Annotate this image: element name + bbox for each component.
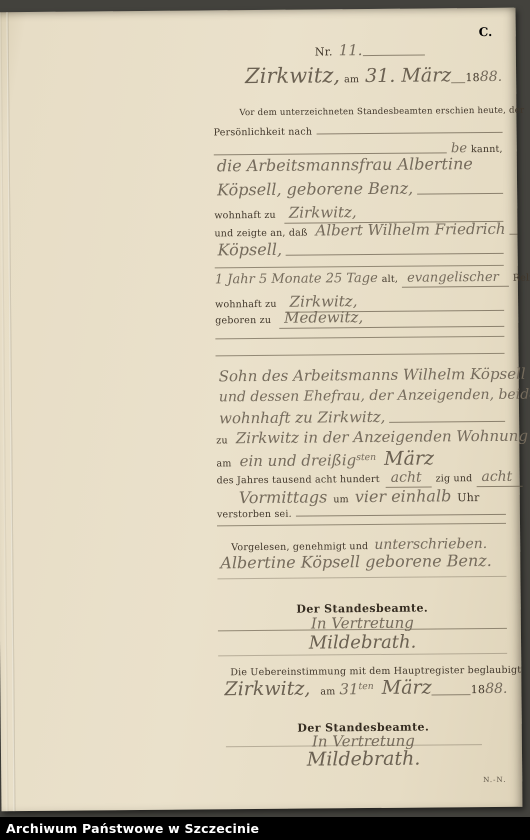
blank-rule-line xyxy=(217,576,506,580)
religion-value: evangelischer xyxy=(407,270,499,286)
certification-am-label: am xyxy=(320,686,335,697)
certification-year-hand: 88. xyxy=(485,681,507,697)
ruled-field: acht xyxy=(386,469,432,487)
nr-value: 11. xyxy=(339,41,363,59)
year-ones-value: acht xyxy=(481,469,512,485)
bekannt-label: kannt, xyxy=(471,144,503,155)
declarant-line1: die Arbeitsmannsfrau Albertine xyxy=(217,154,473,175)
deceased-surname-row: Köpsell, xyxy=(218,238,504,259)
header-place: Zirkwitz, xyxy=(245,63,340,88)
header-am-label: am xyxy=(344,74,359,85)
header-date: 31. März xyxy=(365,64,451,87)
record-number-row: Nr. 11. xyxy=(315,41,425,60)
archive-scan-viewer: C. Nr. 11. Zirkwitz, am 31. März 18 88. … xyxy=(0,0,530,840)
header-year-printed: 18 xyxy=(465,71,480,84)
religion-label: Religion, xyxy=(513,272,530,283)
declarant-signature-row: Albertine Köpsell geborene Benz. xyxy=(220,551,492,572)
deceased-name-1: Albert Wilhelm Friedrich xyxy=(315,220,505,240)
rule-line xyxy=(451,82,465,83)
rule-line xyxy=(432,694,471,695)
intro-line: Vor dem unterzeichneten Standesbeamten e… xyxy=(239,106,524,118)
death-time-row: Vormittags um vier einhalb Uhr xyxy=(239,486,480,507)
rule-line xyxy=(363,55,425,57)
certification-place: Zirkwitz, xyxy=(224,678,310,701)
blank-rule-line xyxy=(216,353,505,357)
ruled-field: Medewitz, xyxy=(279,307,504,329)
section-rule-line xyxy=(217,523,506,527)
wohnhaft-value-1: Zirkwitz, xyxy=(289,203,357,222)
birthplace-row: geboren zu Medewitz, xyxy=(215,307,504,330)
death-month-value: März xyxy=(384,447,434,469)
certification-year-printed: 18 xyxy=(471,683,486,696)
persoenlichkeit-row: Persönlichkeit nach xyxy=(214,125,503,139)
age-value: 1 Jahr 5 Monate 25 Tage xyxy=(215,271,378,287)
death-day-suffix: sten xyxy=(356,452,376,463)
year-prefix-label: des Jahres tausend acht hundert xyxy=(217,474,380,486)
parents-text1: Sohn des Arbeitsmanns Wilhelm Köpsell xyxy=(219,365,526,386)
register-page: C. Nr. 11. Zirkwitz, am 31. März 18 88. … xyxy=(0,8,522,812)
parents-text2: und dessen Ehefrau, der Anzeigenden, bei… xyxy=(219,387,530,406)
declarant-line2: Köpsell, geborene Benz, xyxy=(217,178,503,199)
wohnhaft-label-1: wohnhaft zu xyxy=(214,210,276,222)
parents-text3: wohnhaft zu Zirkwitz, xyxy=(219,408,385,427)
certification-day-suffix: ten xyxy=(358,681,373,692)
rule-line xyxy=(296,514,506,517)
registrar2-signature: Mildebrath. xyxy=(307,748,421,771)
header-date-row: Zirkwitz, am 31. März 18 88. xyxy=(245,62,502,88)
rule-line xyxy=(417,193,503,195)
geboren-label: geboren zu xyxy=(215,315,271,326)
verstorben-label: verstorben sei. xyxy=(217,509,292,521)
zeigte-label: und zeigte an, daß xyxy=(214,228,307,240)
registrar1-signature: Mildebrath. xyxy=(309,632,417,654)
declarant-text1: die Arbeitsmannsfrau Albertine xyxy=(217,154,473,175)
rule-line xyxy=(389,421,505,423)
ruled-field: evangelischer xyxy=(402,270,509,288)
parents-line3: wohnhaft zu Zirkwitz, xyxy=(219,407,505,427)
blank-rule-line xyxy=(215,336,504,340)
archive-name: Archiwum Państwowe w Szczecinie xyxy=(6,821,259,836)
am-label: am xyxy=(216,458,231,469)
time-value: vier einhalb xyxy=(355,486,452,506)
deceased-name-2: Köpsell, xyxy=(218,240,283,260)
intro-text: Vor dem unterzeichneten Standesbeamten e… xyxy=(239,106,524,118)
parents-line1: Sohn des Arbeitsmanns Wilhelm Köpsell xyxy=(219,365,526,386)
year-tens-value: acht xyxy=(391,470,422,486)
spacer xyxy=(363,322,502,323)
death-day-value: ein und dreißig xyxy=(239,451,356,470)
death-place-value: Zirkwitz in der Anzeigenden Wohnung xyxy=(236,427,528,448)
rule-line xyxy=(316,132,502,135)
spacer xyxy=(357,217,502,218)
death-day-row: am ein und dreißig sten März xyxy=(216,447,505,472)
uhr-label: Uhr xyxy=(457,491,479,504)
rule-line xyxy=(286,253,504,256)
declarant-text2: Köpsell, geborene Benz, xyxy=(217,179,413,200)
certification-month: März xyxy=(382,677,432,699)
verstorben-row: verstorben sei. xyxy=(217,507,506,521)
binding-crease xyxy=(7,12,16,811)
certification-date-row: Zirkwitz, am 31 ten März 18 88. xyxy=(224,676,507,700)
nr-label: Nr. xyxy=(315,45,333,58)
header-year-hand: 88. xyxy=(480,69,502,85)
registrar2-signature-row: Mildebrath. xyxy=(219,747,508,772)
alt-label: alt, xyxy=(382,274,398,285)
persoenlichkeit-label: Persönlichkeit nach xyxy=(214,127,313,139)
zu-label: zu xyxy=(216,435,228,446)
page-corner-mark: C. xyxy=(479,25,493,39)
time-part-value: Vormittags xyxy=(239,487,328,507)
ruled-field: acht xyxy=(476,469,522,487)
certification-day: 31 xyxy=(339,680,358,698)
page-footer-mark: N.-N. xyxy=(483,776,506,784)
rule-line xyxy=(510,234,518,235)
zig-label: zig und xyxy=(436,473,473,484)
death-place-row: zu Zirkwitz in der Anzeigenden Wohnung xyxy=(216,427,505,448)
parents-line2: und dessen Ehefrau, der Anzeigenden, bei… xyxy=(219,387,530,406)
blank-rule-line xyxy=(215,265,504,269)
declarant-signature: Albertine Köpsell geborene Benz. xyxy=(220,551,492,572)
age-religion-row: 1 Jahr 5 Monate 25 Tage alt, evangelisch… xyxy=(215,270,504,290)
geboren-value: Medewitz, xyxy=(284,308,363,327)
um-label: um xyxy=(333,494,349,505)
registrar1-signature-row: Mildebrath. xyxy=(218,631,507,655)
archive-caption-bar: Archiwum Państwowe w Szczecinie xyxy=(0,817,530,840)
